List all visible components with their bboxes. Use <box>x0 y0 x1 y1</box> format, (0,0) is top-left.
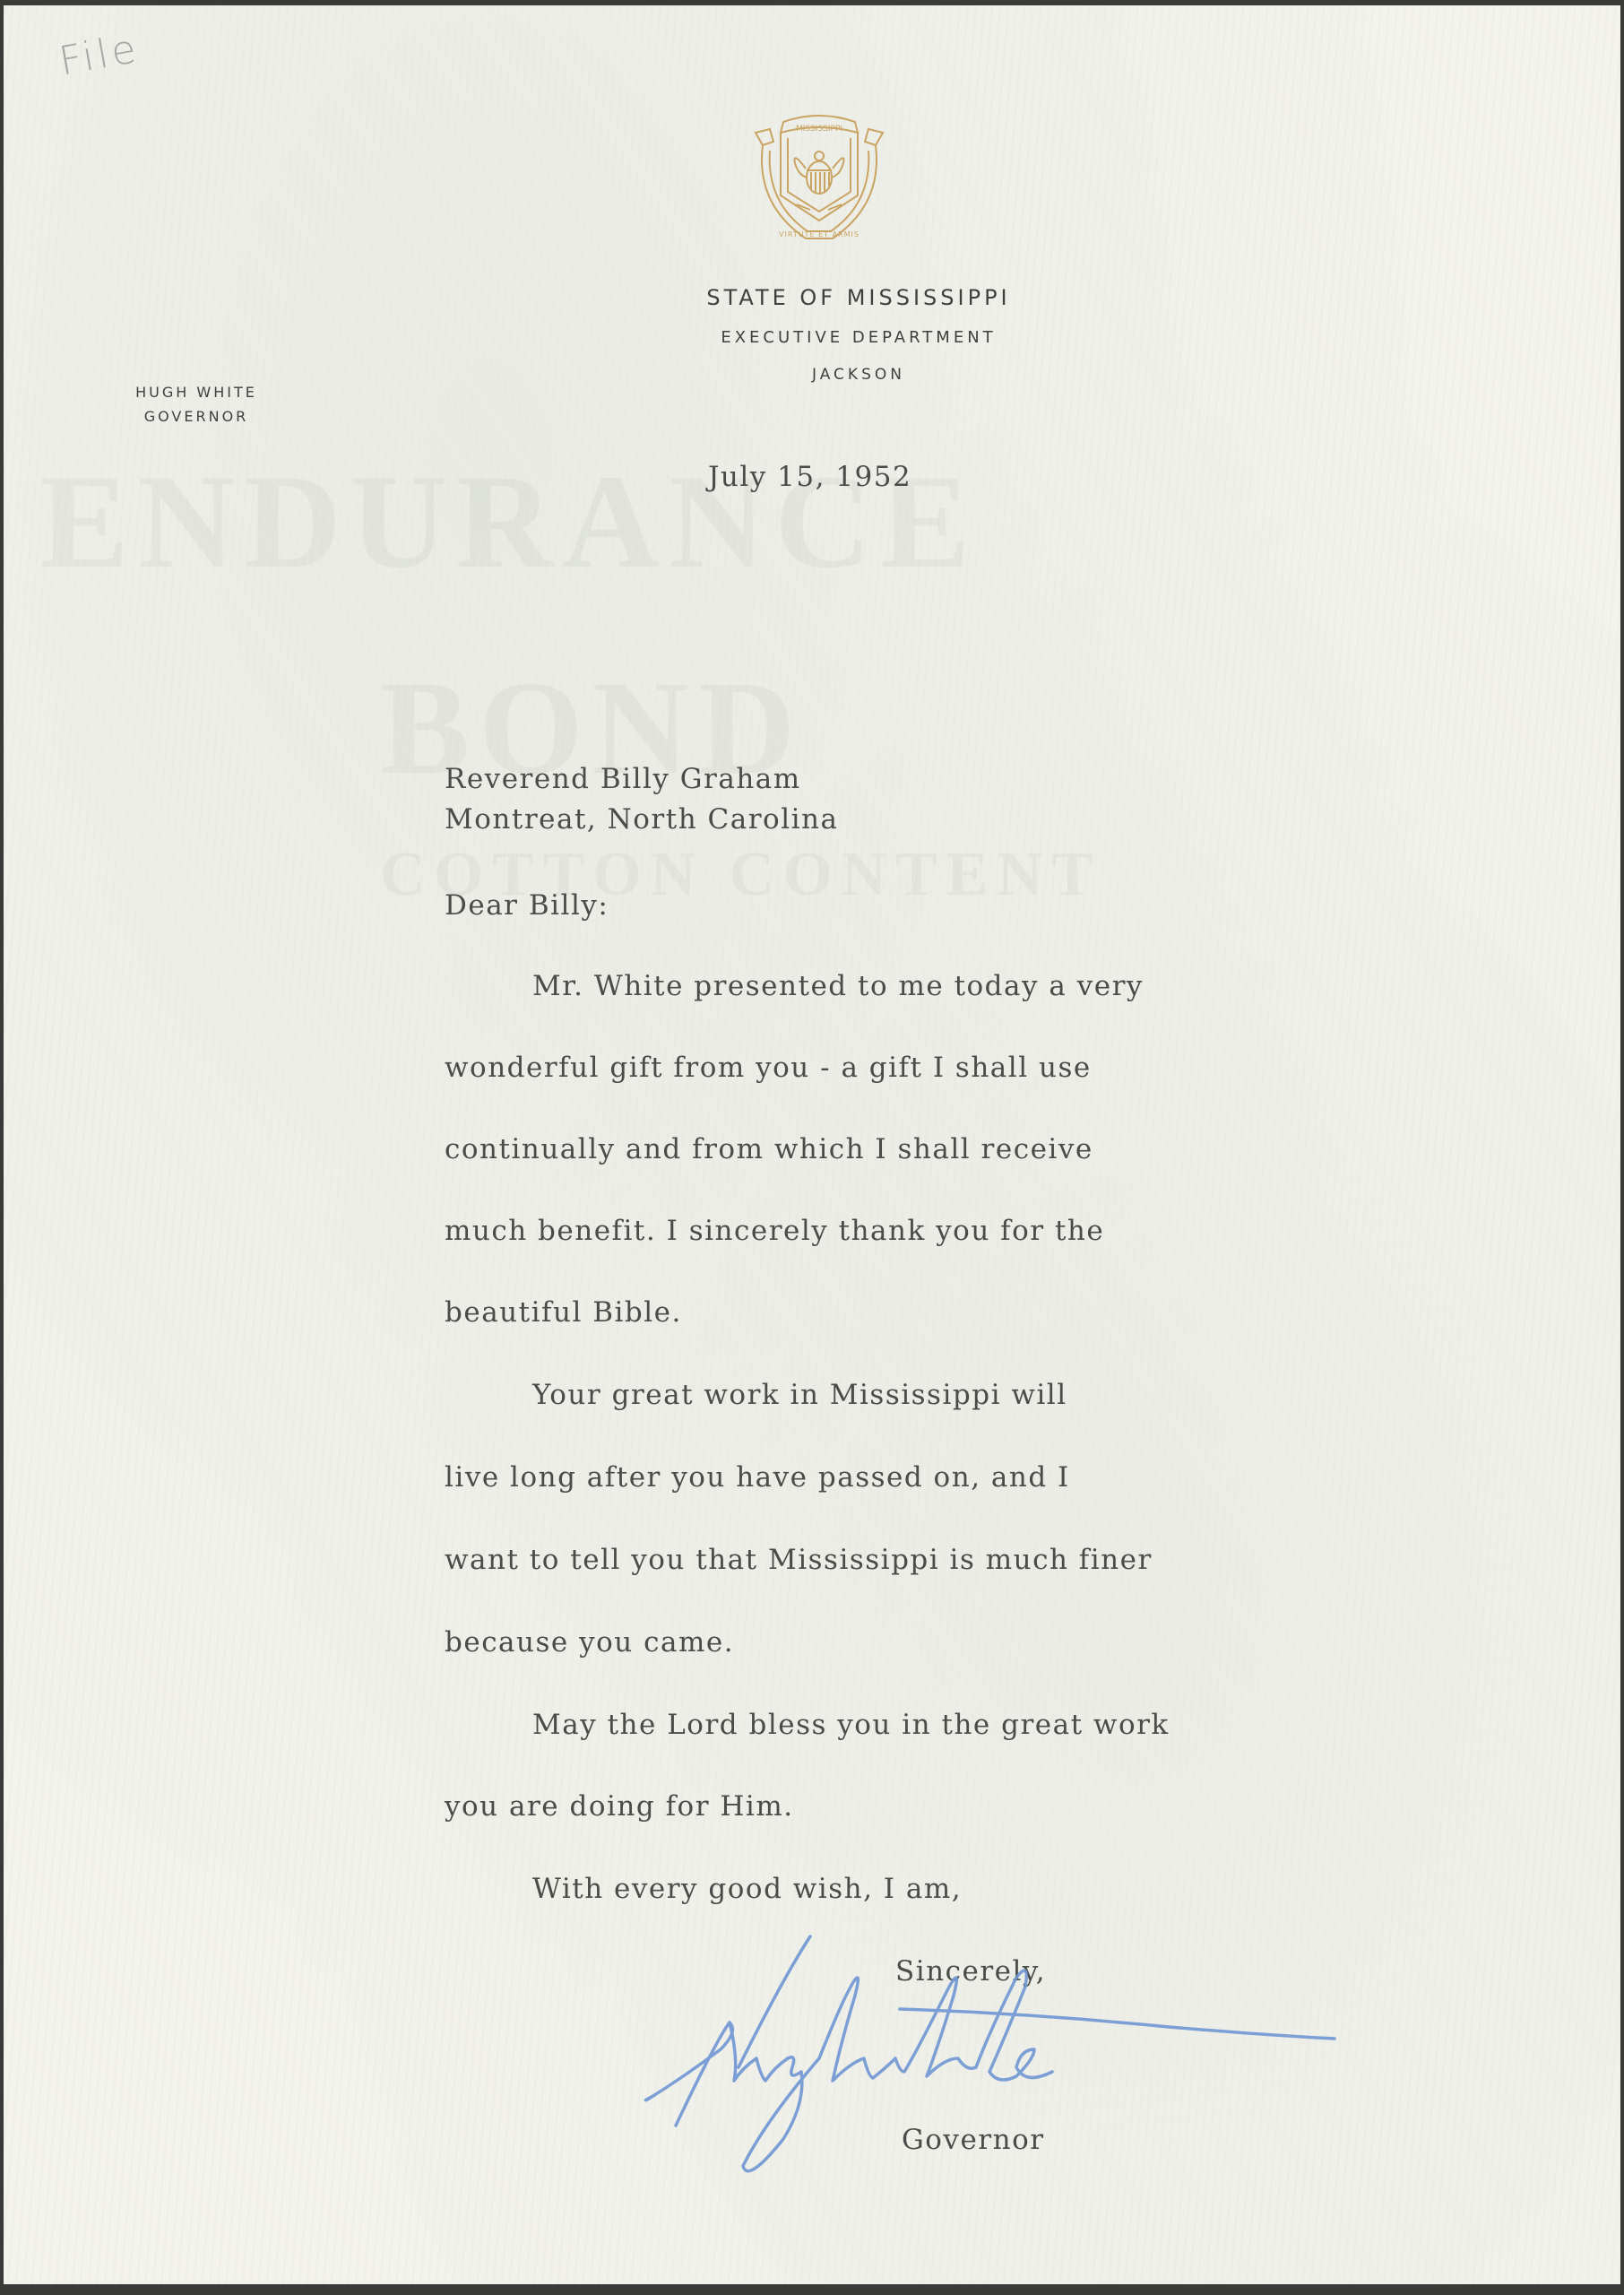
governor-name: HUGH WHITE <box>75 380 317 404</box>
body-line: Your great work in Mississippi will <box>532 1379 1067 1411</box>
body-line: want to tell you that Mississippi is muc… <box>445 1544 1153 1576</box>
state-seal-icon: MISSISSIPPI VIRTUTE ET ARMIS <box>743 106 895 245</box>
body-line: you are doing for Him. <box>445 1790 794 1823</box>
body-line: beautiful Bible. <box>445 1296 682 1329</box>
signer-title: Governor <box>902 2124 1045 2156</box>
svg-text:MISSISSIPPI: MISSISSIPPI <box>796 125 842 134</box>
body-line: much benefit. I sincerely thank you for … <box>445 1215 1104 1247</box>
body-line: because you came. <box>445 1626 734 1658</box>
letter-page: ENDURANCE BOND COTTON CONTENT File MISSI… <box>4 5 1620 2284</box>
recipient-name: Reverend Billy Graham <box>445 763 801 795</box>
body-line: live long after you have passed on, and … <box>445 1461 1070 1494</box>
svg-text:Hugh White: Hugh White <box>631 1924 635 1925</box>
pencil-file-note: File <box>56 26 143 85</box>
letter-date: July 15, 1952 <box>708 461 911 493</box>
body-line: May the Lord bless you in the great work <box>532 1709 1170 1741</box>
svg-text:VIRTUTE ET ARMIS: VIRTUTE ET ARMIS <box>779 230 860 238</box>
recipient-address: Montreat, North Carolina <box>445 803 838 836</box>
letterhead-department: EXECUTIVE DEPARTMENT <box>4 328 1620 347</box>
body-line: continually and from which I shall recei… <box>445 1133 1093 1165</box>
salutation: Dear Billy: <box>445 889 609 922</box>
letterhead-state: STATE OF MISSISSIPPI <box>4 285 1620 310</box>
body-line: Mr. White presented to me today a very <box>532 970 1144 1002</box>
body-line: wonderful gift from you - a gift I shall… <box>445 1052 1092 1084</box>
governor-block: HUGH WHITE GOVERNOR <box>75 380 317 429</box>
governor-title: GOVERNOR <box>75 404 317 429</box>
body-line: With every good wish, I am, <box>532 1873 962 1905</box>
